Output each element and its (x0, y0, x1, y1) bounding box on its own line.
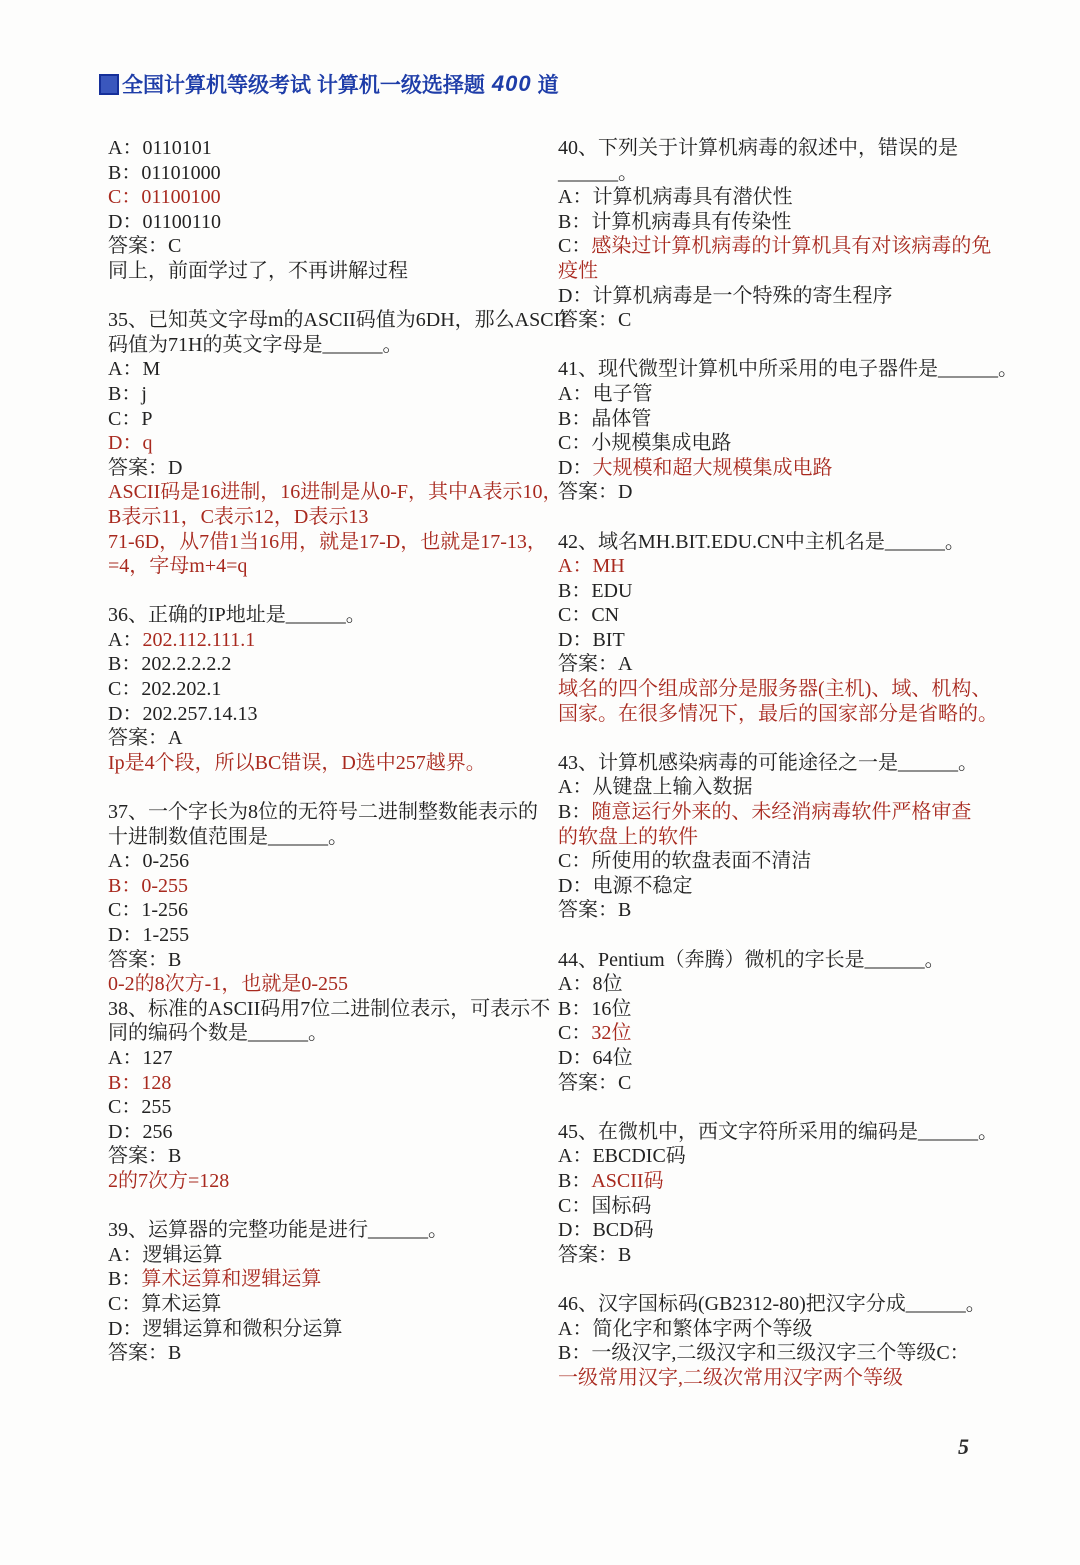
explanation-line: B表示11，C表示12，D表示13 (108, 505, 558, 530)
option-line: C：32位 (558, 1021, 998, 1046)
option-line: 疫性 (558, 259, 998, 284)
text-segment: 35、已知英文字母m的ASCII码值为6DH，那么ASCII (108, 309, 567, 331)
text-segment: B：晶体管 (558, 408, 651, 430)
answer-line: 答案：A (558, 652, 998, 677)
highlighted-text: 一级常用汉字,二级次常用汉字两个等级 (558, 1367, 903, 1389)
option-line: B：一级汉字,二级汉字和三级汉字三个等级C： (558, 1341, 998, 1366)
highlighted-text: B：0-255 (108, 875, 188, 897)
option-line: B：计算机病毒具有传染性 (558, 210, 998, 235)
spacer (558, 1267, 998, 1292)
text-segment: D：BCD码 (558, 1219, 654, 1241)
answer-line: 答案：B (108, 948, 558, 973)
option-line: B：随意运行外来的、未经消病毒软件严格审查 (558, 800, 998, 825)
highlighted-text: 71-6D，从7借1当16用，就是17-D，也就是17-13， (108, 531, 547, 553)
header-title: 全国计算机等级考试 计算机一级选择题 (122, 69, 485, 99)
text-segment: 43、计算机感染病毒的可能途径之一是______。 (558, 752, 978, 774)
note-line: 同上，前面学过了，不再讲解过程 (108, 259, 558, 284)
text-segment: 同上，前面学过了，不再讲解过程 (108, 260, 408, 282)
answer-line: 答案：B (108, 1144, 558, 1169)
text-segment: 答案：B (108, 1342, 181, 1364)
highlighted-text: =4，字母m+4=q (108, 555, 247, 577)
option-line: C：01100100 (108, 185, 558, 210)
option-line: D：BCD码 (558, 1218, 998, 1243)
spacer (558, 923, 998, 948)
option-line: A：逻辑运算 (108, 1243, 558, 1268)
text-segment: B：01101000 (108, 162, 221, 184)
spacer (108, 775, 558, 800)
question-line: 39、运算器的完整功能是进行______。 (108, 1218, 558, 1243)
text-segment: 答案：C (558, 1072, 631, 1094)
explanation-line: 域名的四个组成部分是服务器(主机)、域、机构、 (558, 677, 998, 702)
text-segment: ______。 (558, 162, 638, 184)
answer-line: 答案：B (558, 1243, 998, 1268)
spacer (558, 333, 998, 358)
explanation-line: ASCII码是16进制，16进制是从0-F，其中A表示10， (108, 480, 558, 505)
highlighted-text: 2的7次方=128 (108, 1170, 229, 1192)
option-line: C：255 (108, 1095, 558, 1120)
blue-square-icon (99, 74, 119, 95)
text-segment: 答案：A (108, 727, 182, 749)
question-line: 40、下列关于计算机病毒的叙述中，错误的是 (558, 136, 998, 161)
text-segment: A：0110101 (108, 137, 212, 159)
option-line: A：127 (108, 1046, 558, 1071)
text-segment: D：202.257.14.13 (108, 703, 257, 725)
text-segment: B：j (108, 383, 147, 405)
option-line: C：1-256 (108, 898, 558, 923)
answer-line: 答案：D (108, 456, 558, 481)
question-line: 36、正确的IP地址是______。 (108, 603, 558, 628)
text-segment: 37、一个字长为8位的无符号二进制整数能表示的 (108, 801, 538, 823)
option-line: C：算术运算 (108, 1292, 558, 1317)
text-segment: A：127 (108, 1047, 172, 1069)
text-segment: B：202.2.2.2.2 (108, 653, 231, 675)
option-line: B：晶体管 (558, 407, 998, 432)
highlighted-text: 0-2的8次方-1，也就是0-255 (108, 973, 348, 995)
option-line: D：BIT (558, 628, 998, 653)
highlighted-text: 随意运行外来的、未经消病毒软件严格审查 (591, 801, 971, 823)
option-line: D：大规模和超大规模集成电路 (558, 456, 998, 481)
explanation-line: Ip是4个段，所以BC错误，D选中257越界。 (108, 751, 558, 776)
text-segment: 答案：B (558, 899, 631, 921)
option-line: D：q (108, 431, 558, 456)
text-segment: 39、运算器的完整功能是进行______。 (108, 1219, 448, 1241)
option-line: C：P (108, 407, 558, 432)
text-segment: C：P (108, 408, 152, 430)
text-segment: A：8位 (558, 973, 622, 995)
text-segment: A： (108, 629, 142, 651)
text-segment: C： (558, 1022, 591, 1044)
text-segment: 44、Pentium（奔腾）微机的字长是______。 (558, 949, 945, 971)
text-segment: 41、现代微型计算机中所采用的电子器件是______。 (558, 358, 1018, 380)
text-segment: C：所使用的软盘表面不清洁 (558, 850, 811, 872)
option-line: A：计算机病毒具有潜伏性 (558, 185, 998, 210)
highlighted-text: 疫性 (558, 260, 598, 282)
left-column: A：0110101B：01101000C：01100100D：01100110答… (108, 136, 558, 1366)
text-segment: C：小规模集成电路 (558, 432, 731, 454)
option-line: D：1-255 (108, 923, 558, 948)
question-line: 44、Pentium（奔腾）微机的字长是______。 (558, 948, 998, 973)
answer-line: 答案：C (558, 308, 998, 333)
option-line: A：8位 (558, 972, 998, 997)
header-question-count: 400 (492, 71, 532, 97)
option-line: A：0110101 (108, 136, 558, 161)
text-segment: D： (558, 457, 592, 479)
text-segment: C：算术运算 (108, 1293, 221, 1315)
text-segment: A：EBCDIC码 (558, 1145, 686, 1167)
highlighted-text: 域名的四个组成部分是服务器(主机)、域、机构、 (558, 678, 991, 700)
text-segment: B：16位 (558, 998, 631, 1020)
highlighted-text: 国家。在很多情况下，最后的国家部分是省略的。 (558, 703, 998, 725)
explanation-line: =4，字母m+4=q (108, 554, 558, 579)
text-segment: B： (558, 1170, 591, 1192)
option-line: C：感染过计算机病毒的计算机具有对该病毒的免 (558, 234, 998, 259)
option-line: B：0-255 (108, 874, 558, 899)
text-segment: 码值为71H的英文字母是______。 (108, 334, 402, 356)
text-segment: A：0-256 (108, 850, 189, 872)
answer-line: 答案：C (558, 1071, 998, 1096)
question-line: 38、标准的ASCII码用7位二进制位表示，可表示不 (108, 997, 558, 1022)
text-segment: 答案：D (558, 481, 632, 503)
option-line: D：计算机病毒是一个特殊的寄生程序 (558, 284, 998, 309)
answer-line: 答案：A (108, 726, 558, 751)
text-segment: 40、下列关于计算机病毒的叙述中，错误的是 (558, 137, 958, 159)
text-segment: 同的编码个数是______。 (108, 1022, 328, 1044)
highlighted-text: A：MH (558, 555, 625, 577)
spacer (108, 579, 558, 604)
answer-line: 答案：C (108, 234, 558, 259)
question-line: 45、在微机中，西文字符所采用的编码是______。 (558, 1120, 998, 1145)
explanation-line: 71-6D，从7借1当16用，就是17-D，也就是17-13， (108, 530, 558, 555)
option-line: C：所使用的软盘表面不清洁 (558, 849, 998, 874)
text-segment: C：CN (558, 604, 619, 626)
text-segment: D：BIT (558, 629, 625, 651)
text-segment: C：202.202.1 (108, 678, 221, 700)
highlighted-text: ASCII码是16进制，16进制是从0-F，其中A表示10， (108, 481, 562, 503)
text-segment: A：计算机病毒具有潜伏性 (558, 186, 792, 208)
option-line: 一级常用汉字,二级次常用汉字两个等级 (558, 1366, 998, 1391)
text-segment: 45、在微机中，西文字符所采用的编码是______。 (558, 1121, 998, 1143)
option-line: D：逻辑运算和微积分运算 (108, 1317, 558, 1342)
text-segment: C： (558, 235, 591, 257)
text-segment: 答案：C (108, 235, 181, 257)
option-line: A：M (108, 357, 558, 382)
text-segment: C：国标码 (558, 1195, 651, 1217)
option-line: B：01101000 (108, 161, 558, 186)
highlighted-text: B表示11，C表示12，D表示13 (108, 506, 368, 528)
option-line: D：64位 (558, 1046, 998, 1071)
page-number: 5 (958, 1434, 969, 1460)
text-segment: B：计算机病毒具有传染性 (558, 211, 791, 233)
explanation-line: 国家。在很多情况下，最后的国家部分是省略的。 (558, 702, 998, 727)
option-line: D：256 (108, 1120, 558, 1145)
answer-line: 答案：B (558, 898, 998, 923)
spacer (108, 284, 558, 309)
option-line: B：j (108, 382, 558, 407)
highlighted-text: 的软盘上的软件 (558, 826, 698, 848)
highlighted-text: Ip是4个段，所以BC错误，D选中257越界。 (108, 752, 486, 774)
answer-line: 答案：D (558, 480, 998, 505)
option-line: A：从键盘上输入数据 (558, 775, 998, 800)
explanation-line: 2的7次方=128 (108, 1169, 558, 1194)
highlighted-text: C：01100100 (108, 186, 221, 208)
option-line: A：电子管 (558, 382, 998, 407)
option-line: D：01100110 (108, 210, 558, 235)
option-line: C：CN (558, 603, 998, 628)
highlighted-text: B：128 (108, 1072, 171, 1094)
text-segment: D：01100110 (108, 211, 221, 233)
highlighted-text: 大规模和超大规模集成电路 (592, 457, 832, 479)
spacer (108, 1194, 558, 1219)
question-line: 35、已知英文字母m的ASCII码值为6DH，那么ASCII (108, 308, 558, 333)
text-segment: 答案：D (108, 457, 182, 479)
option-line: B：16位 (558, 997, 998, 1022)
question-line: 42、域名MH.BIT.EDU.CN中主机名是______。 (558, 530, 998, 555)
text-segment: 42、域名MH.BIT.EDU.CN中主机名是______。 (558, 531, 965, 553)
text-segment: A：M (108, 358, 160, 380)
highlighted-text: 算术运算和逻辑运算 (141, 1268, 321, 1290)
text-segment: B： (558, 801, 591, 823)
option-line: D：202.257.14.13 (108, 702, 558, 727)
header-count-unit: 道 (538, 69, 559, 99)
option-line: B：ASCII码 (558, 1169, 998, 1194)
option-line: C：国标码 (558, 1194, 998, 1219)
text-segment: 答案：B (108, 949, 181, 971)
question-line: 同的编码个数是______。 (108, 1021, 558, 1046)
option-line: A：简化字和繁体字两个等级 (558, 1317, 998, 1342)
text-segment: 36、正确的IP地址是______。 (108, 604, 366, 626)
text-segment: D：电源不稳定 (558, 875, 692, 897)
text-segment: D：1-255 (108, 924, 189, 946)
text-segment: 答案：A (558, 653, 632, 675)
text-segment: C：255 (108, 1096, 171, 1118)
text-segment: B：EDU (558, 580, 632, 602)
document-header: 全国计算机等级考试 计算机一级选择题 400 道 (99, 69, 559, 99)
option-line: B：128 (108, 1071, 558, 1096)
document-page: 全国计算机等级考试 计算机一级选择题 400 道 A：0110101B：0110… (0, 0, 1080, 1565)
option-line: B：202.2.2.2.2 (108, 652, 558, 677)
text-segment: D：64位 (558, 1047, 632, 1069)
highlighted-text: 202.112.111.1 (142, 629, 255, 651)
question-line: 37、一个字长为8位的无符号二进制整数能表示的 (108, 800, 558, 825)
text-segment: C：1-256 (108, 899, 188, 921)
option-line: A：EBCDIC码 (558, 1144, 998, 1169)
text-segment: D：计算机病毒是一个特殊的寄生程序 (558, 285, 892, 307)
option-line: B：算术运算和逻辑运算 (108, 1267, 558, 1292)
highlighted-text: ASCII码 (591, 1170, 663, 1192)
question-line: 43、计算机感染病毒的可能途径之一是______。 (558, 751, 998, 776)
spacer (558, 1095, 998, 1120)
spacer (558, 726, 998, 751)
question-line: ______。 (558, 161, 998, 186)
option-line: 的软盘上的软件 (558, 825, 998, 850)
text-segment: 46、汉字国标码(GB2312-80)把汉字分成______。 (558, 1293, 986, 1315)
highlighted-text: 感染过计算机病毒的计算机具有对该病毒的免 (591, 235, 991, 257)
option-line: A：MH (558, 554, 998, 579)
option-line: C：202.202.1 (108, 677, 558, 702)
text-segment: A：从键盘上输入数据 (558, 776, 752, 798)
text-segment: A：逻辑运算 (108, 1244, 222, 1266)
text-segment: 答案：B (558, 1244, 631, 1266)
text-segment: 答案：C (558, 309, 631, 331)
explanation-line: 0-2的8次方-1，也就是0-255 (108, 972, 558, 997)
text-segment: D：逻辑运算和微积分运算 (108, 1318, 342, 1340)
text-segment: D：256 (108, 1121, 172, 1143)
highlighted-text: D：q (108, 432, 152, 454)
option-line: A：202.112.111.1 (108, 628, 558, 653)
text-segment: 十进制数值范围是______。 (108, 826, 348, 848)
text-segment: A：简化字和繁体字两个等级 (558, 1318, 812, 1340)
question-line: 十进制数值范围是______。 (108, 825, 558, 850)
spacer (558, 505, 998, 530)
option-line: C：小规模集成电路 (558, 431, 998, 456)
highlighted-text: 32位 (591, 1022, 631, 1044)
question-line: 码值为71H的英文字母是______。 (108, 333, 558, 358)
right-column: 40、下列关于计算机病毒的叙述中，错误的是______。A：计算机病毒具有潜伏性… (558, 136, 998, 1390)
question-line: 41、现代微型计算机中所采用的电子器件是______。 (558, 357, 998, 382)
text-segment: B： (108, 1268, 141, 1290)
question-line: 46、汉字国标码(GB2312-80)把汉字分成______。 (558, 1292, 998, 1317)
text-segment: B：一级汉字,二级汉字和三级汉字三个等级C： (558, 1342, 970, 1364)
text-segment: A：电子管 (558, 383, 652, 405)
option-line: B：EDU (558, 579, 998, 604)
option-line: A：0-256 (108, 849, 558, 874)
text-segment: 38、标准的ASCII码用7位二进制位表示，可表示不 (108, 998, 550, 1020)
option-line: D：电源不稳定 (558, 874, 998, 899)
text-segment: 答案：B (108, 1145, 181, 1167)
answer-line: 答案：B (108, 1341, 558, 1366)
